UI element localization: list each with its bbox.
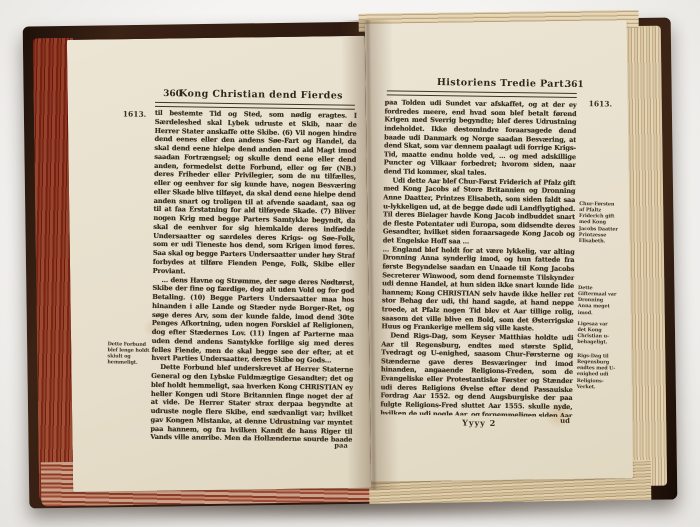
right-margin-note: Chur-Førsten af Pfaltz Friderich gift me… xyxy=(579,201,620,244)
right-catchword: ud xyxy=(560,417,570,425)
left-margin-note: Dette Forbund blef lenge holdt skiult og… xyxy=(107,341,151,366)
right-body-text: paa Tolden udi Sundet var afskaffet, og … xyxy=(380,98,576,417)
left-running-title: Kong Christian dend Fierdes xyxy=(179,88,343,101)
left-paragraph: … dens Havne og Strømme, der søge deres … xyxy=(151,275,354,365)
right-paragraph: … England blef holdt for at være lykkeli… xyxy=(381,245,574,334)
left-paragraph: Dette Forbund blef underskrevet af Herre… xyxy=(150,363,353,442)
right-running-title: Historiens Tredie Part. xyxy=(437,77,568,90)
right-margin-note: Rigs-Dag til Regensburg endtes med U-eni… xyxy=(577,353,618,390)
right-page-content: Historiens Tredie Part. 361 1613. Chur-F… xyxy=(363,20,631,482)
left-body-text: til bestemte Tid og Sted, som nødig erag… xyxy=(150,109,357,442)
right-page: Historiens Tredie Part. 361 1613. Chur-F… xyxy=(365,20,633,482)
open-book: 360 Kong Christian dend Fierdes 1613. De… xyxy=(23,8,678,517)
left-page: 360 Kong Christian dend Fierdes 1613. De… xyxy=(67,36,371,492)
right-margin-year: 1613. xyxy=(589,99,613,108)
photo-of-open-book: 360 Kong Christian dend Fierdes 1613. De… xyxy=(0,0,700,527)
right-header-rule xyxy=(387,90,577,98)
right-page-number: 361 xyxy=(565,80,584,90)
left-paragraph: til bestemte Tid og Sted, som nødig erag… xyxy=(153,109,357,278)
right-paragraph: Dend Rigs-Dag, som Keyser Matthias holdt… xyxy=(380,331,573,417)
signature-mark: Yyyy 2 xyxy=(462,417,496,427)
left-page-content: 360 Kong Christian dend Fierdes 1613. De… xyxy=(66,36,370,492)
left-catchword: paa xyxy=(334,441,348,449)
right-paragraph: Udi dette Aar blef Chur-Først Friderich … xyxy=(383,176,576,248)
right-margin-note: Dette Giftermaal var Dronning Anna meget… xyxy=(578,285,618,316)
left-margin-year: 1613. xyxy=(123,109,147,118)
right-paragraph: paa Tolden udi Sundet var afskaffet, og … xyxy=(384,98,577,178)
right-margin-note: Ligesaa var det Kong Christian u-behagel… xyxy=(577,321,617,346)
